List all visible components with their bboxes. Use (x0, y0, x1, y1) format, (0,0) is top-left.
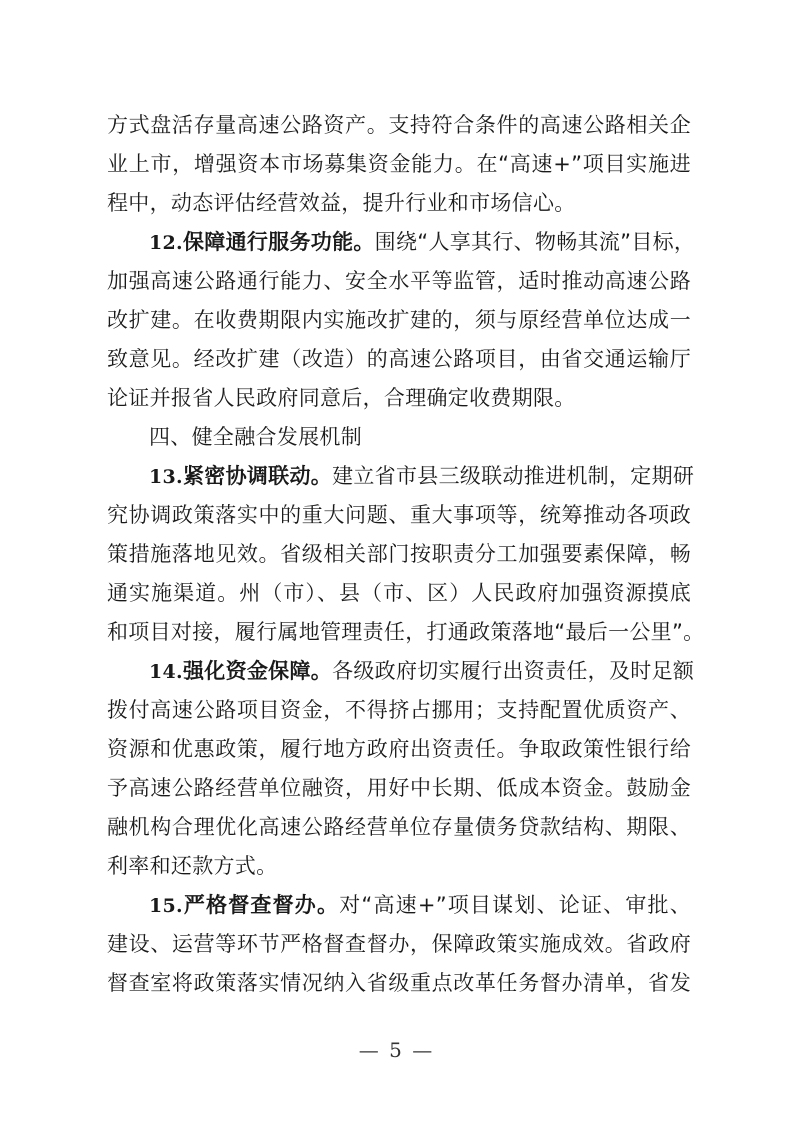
item-text: 建立省市县三级联动推进机制，定期研 (332, 464, 694, 488)
item-12-heading-line: 12.保障通行服务功能。围绕“人享其行、物畅其流”目标， (107, 223, 691, 262)
text-line: 致意见。经改扩建（改造）的高速公路项目，由省交通运输厅 (107, 340, 691, 379)
text-line: 和项目对接，履行属地管理责任，打通政策落地“最后一公里”。 (107, 613, 691, 652)
text-line: 论证并报省人民政府同意后，合理确定收费期限。 (107, 379, 691, 418)
text-line: 予高速公路经营单位融资，用好中长期、低成本资金。鼓励金 (107, 769, 691, 808)
item-title: 强化资金保障。 (183, 659, 332, 683)
text-line: 资源和优惠政策，履行地方政府出资责任。争取政策性银行给 (107, 730, 691, 769)
item-number: 14. (149, 661, 183, 683)
text-line: 改扩建。在收费期限内实施改扩建的，须与原经营单位达成一 (107, 301, 691, 340)
item-title: 严格督查督办。 (183, 893, 339, 917)
item-title: 保障通行服务功能。 (183, 230, 375, 254)
item-number: 13. (149, 466, 183, 488)
section-heading: 四、健全融合发展机制 (107, 418, 691, 457)
item-14-heading-line: 14.强化资金保障。各级政府切实履行出资责任，及时足额 (107, 652, 691, 691)
text-line: 融机构合理优化高速公路经营单位存量债务贷款结构、期限、 (107, 808, 691, 847)
item-text: 对“高速+”项目谋划、论证、审批、 (339, 893, 691, 917)
item-15-heading-line: 15.严格督查督办。对“高速+”项目谋划、论证、审批、 (107, 886, 691, 925)
document-body: 方式盘活存量高速公路资产。支持符合条件的高速公路相关企 业上市，增强资本市场募集… (107, 106, 691, 1003)
text-line: 通实施渠道。州（市）、县（市、区）人民政府加强资源摸底 (107, 574, 691, 613)
text-line: 方式盘活存量高速公路资产。支持符合条件的高速公路相关企 (107, 106, 691, 145)
text-line: 策措施落地见效。省级相关部门按职责分工加强要素保障，畅 (107, 535, 691, 574)
item-number: 15. (149, 895, 183, 917)
item-13-heading-line: 13.紧密协调联动。建立省市县三级联动推进机制，定期研 (107, 457, 691, 496)
item-number: 12. (149, 232, 183, 254)
text-line: 程中，动态评估经营效益，提升行业和市场信心。 (107, 184, 691, 223)
text-line: 究协调政策落实中的重大问题、重大事项等，统筹推动各项政 (107, 496, 691, 535)
text-line: 利率和还款方式。 (107, 847, 691, 886)
page-number: — 5 — (0, 1038, 793, 1062)
text-line: 督查室将政策落实情况纳入省级重点改革任务督办清单，省发 (107, 964, 691, 1003)
item-text: 各级政府切实履行出资责任，及时足额 (332, 659, 694, 683)
text-line: 建设、运营等环节严格督查督办，保障政策实施成效。省政府 (107, 925, 691, 964)
item-text: 围绕“人享其行、物畅其流”目标， (375, 230, 696, 254)
text-line: 加强高速公路通行能力、安全水平等监管，适时推动高速公路 (107, 262, 691, 301)
item-title: 紧密协调联动。 (183, 464, 332, 488)
text-line: 业上市，增强资本市场募集资金能力。在“高速+”项目实施进 (107, 145, 691, 184)
text-line: 拨付高速公路项目资金，不得挤占挪用；支持配置优质资产、 (107, 691, 691, 730)
